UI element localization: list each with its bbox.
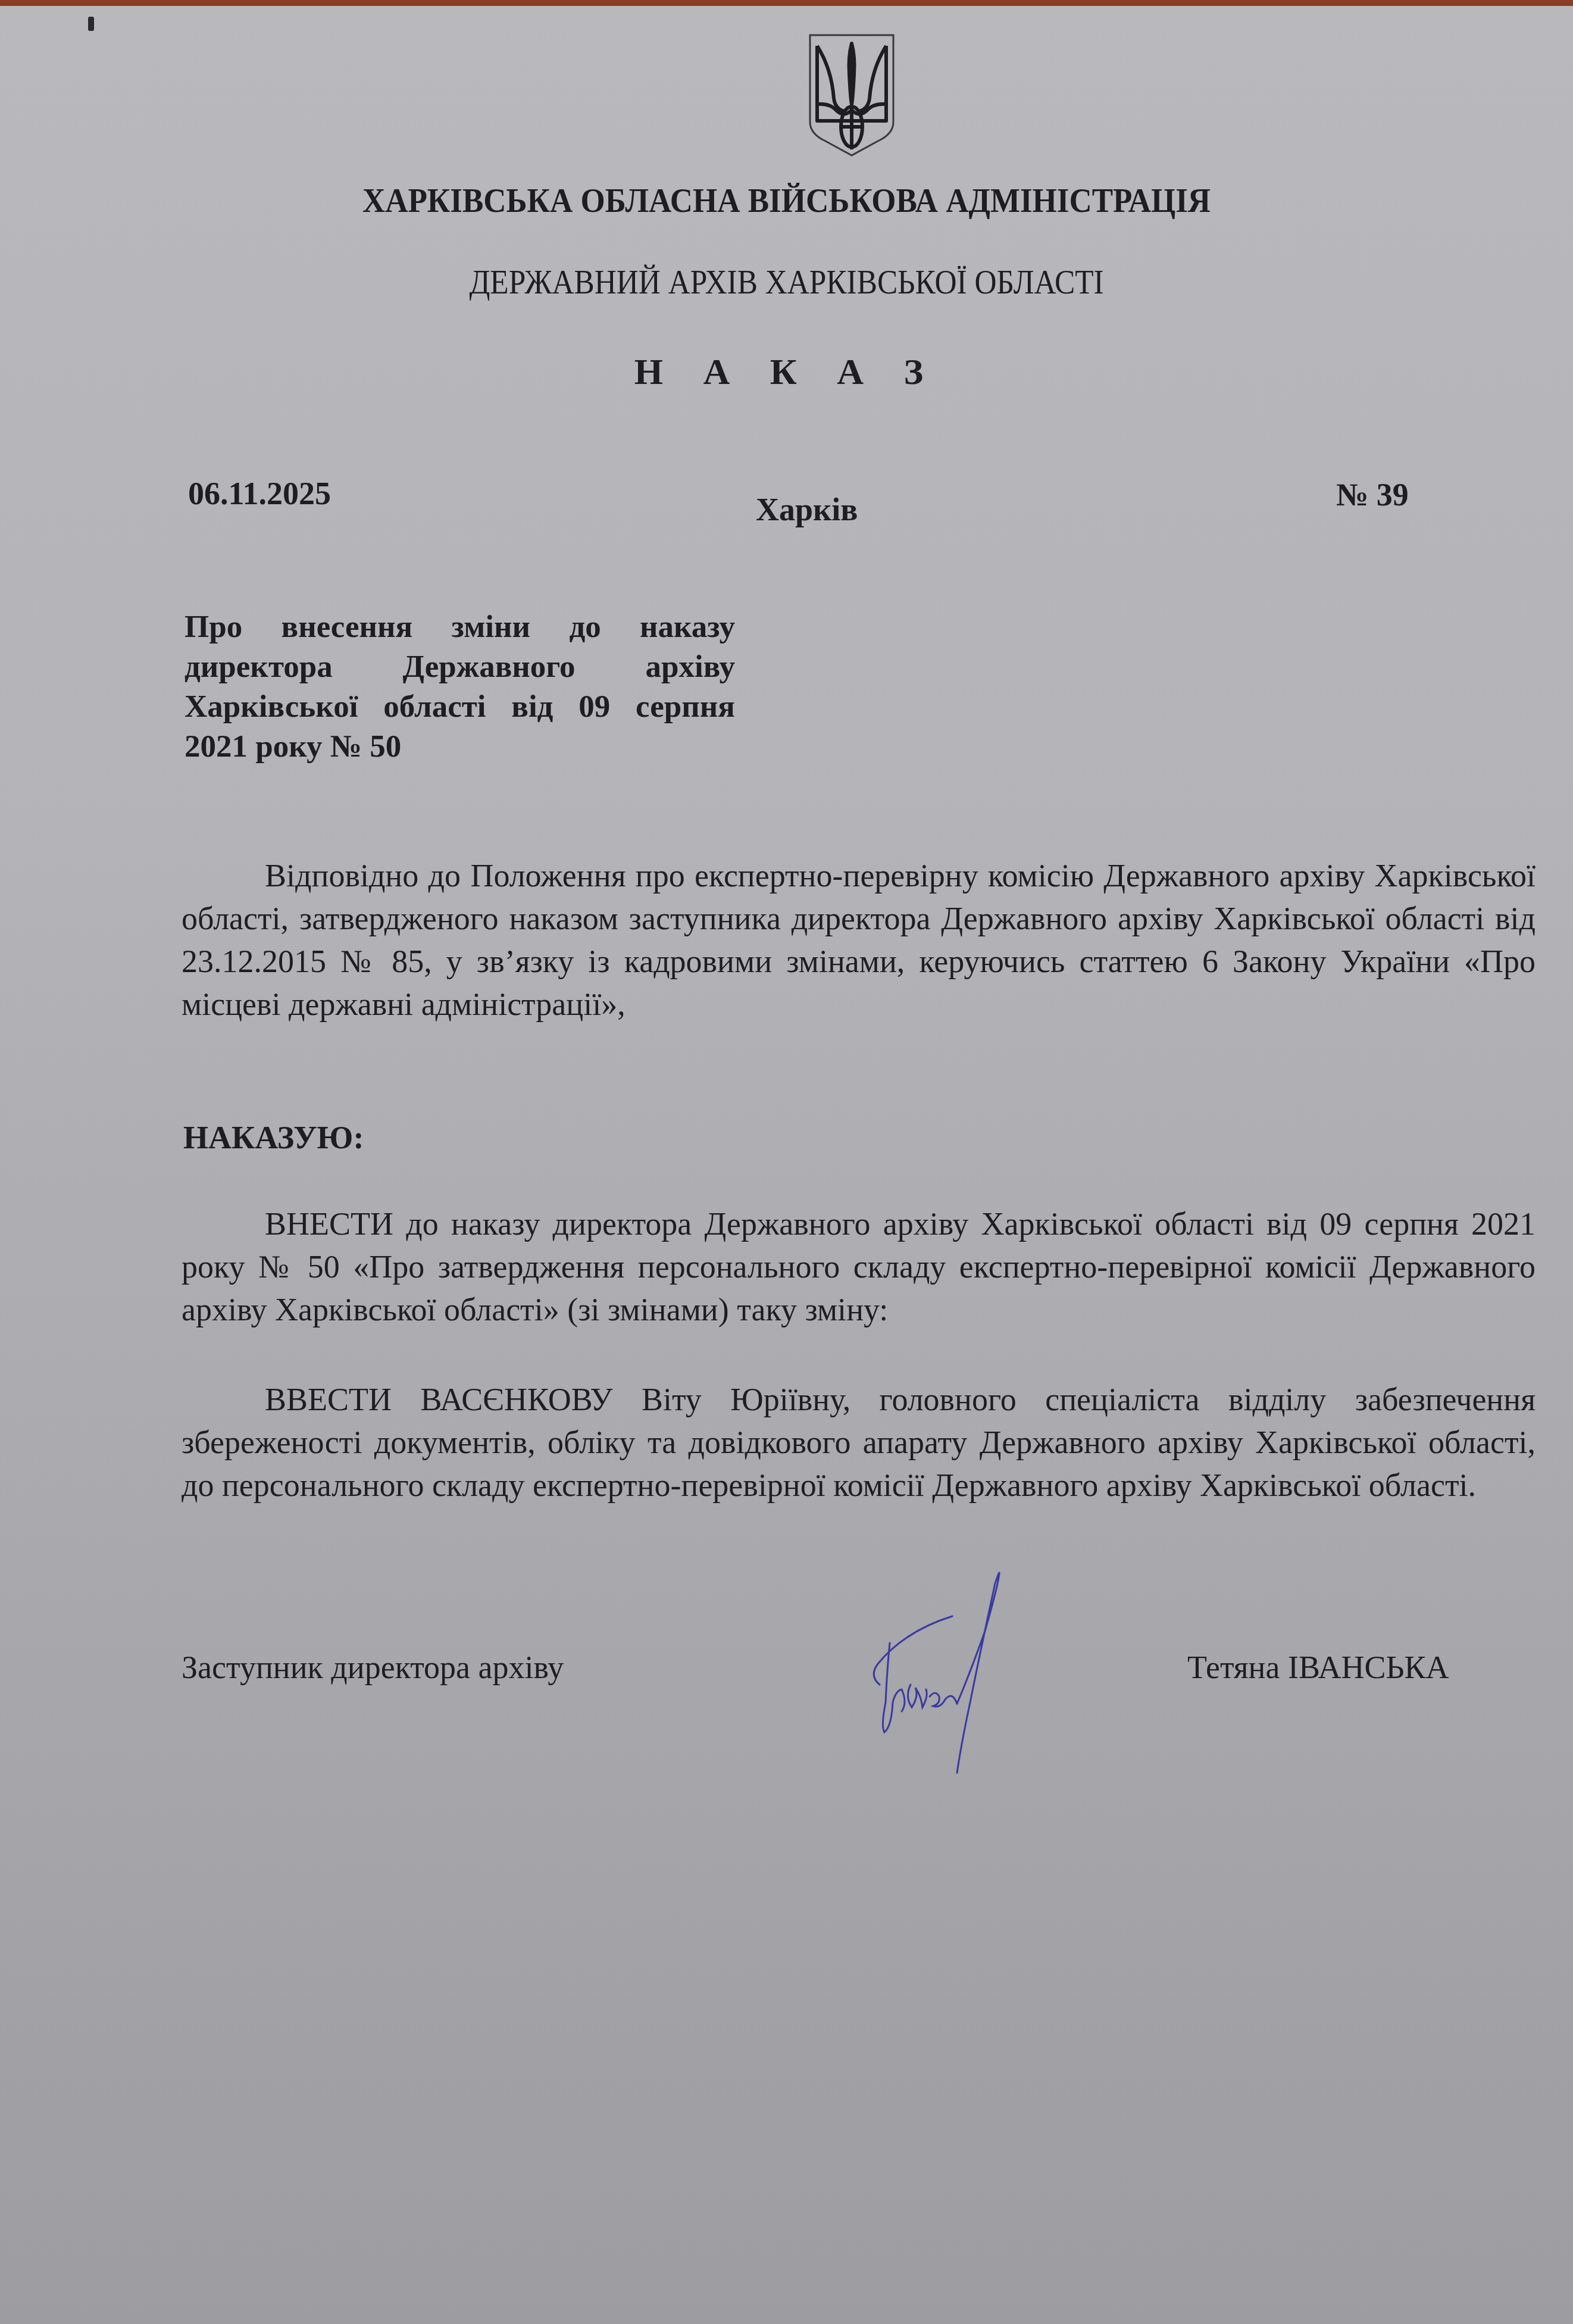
order-item-amend: ВНЕСТИ до наказу директора Державного ар…	[182, 1202, 1536, 1331]
signature-icon	[780, 1554, 1089, 1780]
trident-emblem-icon	[806, 33, 897, 158]
document-page: ХАРКІВСЬКА ОБЛАСНА ВІЙСЬКОВА АДМІНІСТРАЦ…	[0, 6, 1573, 2324]
order-item-appoint: ВВЕСТИ ВАСЄНКОВУ Віту Юріївну, головного…	[182, 1378, 1536, 1507]
archive-heading: ДЕРЖАВНИЙ АРХІВ ХАРКІВСЬКОЇ ОБЛАСТІ	[79, 263, 1494, 302]
organization-heading: ХАРКІВСЬКА ОБЛАСНА ВІЙСЬКОВА АДМІНІСТРАЦ…	[55, 182, 1518, 220]
document-city: Харків	[756, 491, 858, 528]
document-title: Н А К А З	[0, 351, 1573, 393]
paper-mark	[88, 17, 94, 31]
document-date: 06.11.2025	[188, 475, 331, 512]
table-edge	[0, 0, 1573, 6]
signatory-position: Заступник директора архіву	[182, 1649, 564, 1686]
document-subject: Про внесення зміни до наказу директора Д…	[184, 607, 735, 767]
signatory-name: Тетяна ІВАНСЬКА	[1187, 1649, 1449, 1686]
order-label: НАКАЗУЮ:	[183, 1119, 364, 1156]
preamble-paragraph: Відповідно до Положення про експертно-пе…	[182, 854, 1536, 1026]
document-number: № 39	[1336, 476, 1409, 513]
